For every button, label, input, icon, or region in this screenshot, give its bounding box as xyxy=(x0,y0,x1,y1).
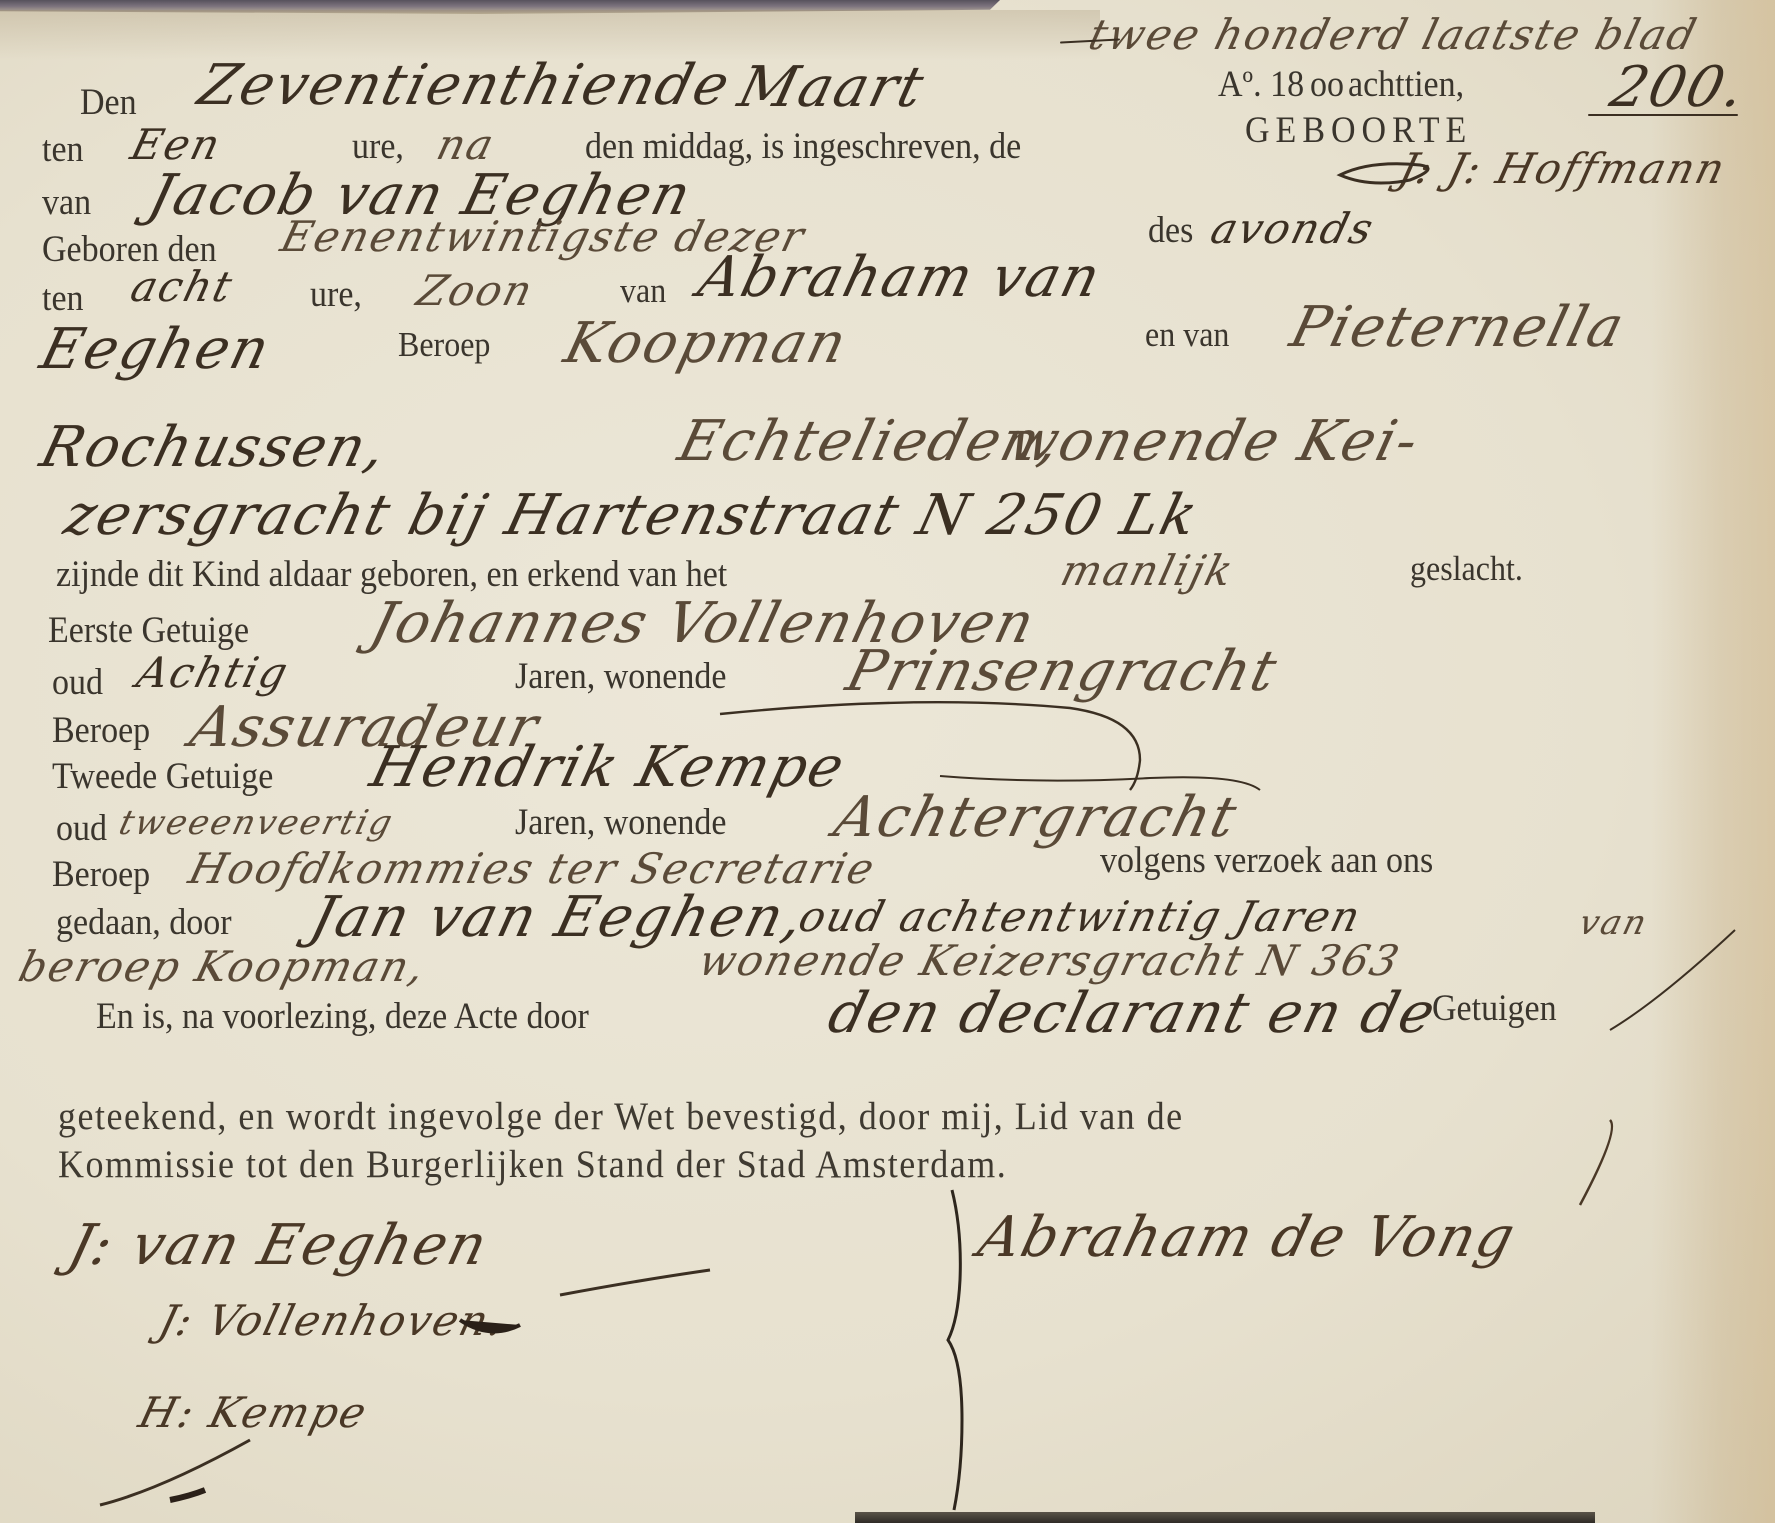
geboorte-underline xyxy=(1588,114,1738,116)
relation-value: Zoon xyxy=(413,270,538,312)
wonende-value: wonende Kei- xyxy=(1003,414,1425,470)
eerste-getuige-label: Eerste Getuige xyxy=(48,613,249,650)
witness2-occupation: Hoofdkommies ter Secretarie xyxy=(185,848,880,890)
year-suffix: achttien, xyxy=(1348,67,1464,104)
den-label: Den xyxy=(80,85,137,122)
witness1-address: Prinsengracht xyxy=(841,644,1283,700)
official-flourish-icon xyxy=(1540,1110,1630,1210)
signature-flourishes-icon xyxy=(20,1200,780,1520)
declarant-address: wonende Keizersgracht N 363 xyxy=(695,940,1405,982)
gedaan-label: gedaan, door xyxy=(56,905,232,942)
father-occupation: Koopman xyxy=(559,316,853,372)
ure-value: na xyxy=(433,124,500,166)
clerk-flourish-icon xyxy=(1330,150,1450,190)
witness1-age: Achtig xyxy=(133,652,294,694)
beroep-label: Beroep xyxy=(398,327,490,362)
geboorte-title: GEBOORTE xyxy=(1245,113,1472,150)
father-name-1: Abraham van xyxy=(693,250,1107,306)
ten-label: ten xyxy=(42,132,84,169)
year-label: Aº. 18 xyxy=(1218,67,1304,104)
register-page: twee honderd laatste blad Aº. 18 oo acht… xyxy=(0,0,1775,1523)
ure2-label: ure, xyxy=(310,277,362,314)
mother-name-2: Rochussen, xyxy=(35,420,393,476)
witness2-name: Hendrik Kempe xyxy=(365,740,851,796)
en-van-label: en van xyxy=(1145,317,1229,352)
ten2-label: ten xyxy=(42,281,84,318)
mother-name-1: Pieternella xyxy=(1285,300,1631,356)
binding-edge-bottom xyxy=(855,1512,1595,1523)
ure-label: ure, xyxy=(352,129,404,166)
oud2-label: oud xyxy=(56,811,107,848)
father-van-label: van xyxy=(620,273,666,308)
day-value: Zeventienthiende xyxy=(193,58,736,114)
des-label: des xyxy=(1148,213,1193,250)
des-value: avonds xyxy=(1207,208,1379,250)
official-bracket-icon xyxy=(940,1190,980,1520)
footer-line-1: geteekend, en wordt ingevolge der Wet be… xyxy=(58,1097,1184,1136)
birth-hour-value: acht xyxy=(127,266,238,308)
getuigen-label: Getuigen xyxy=(1432,991,1557,1028)
month-value: Maart xyxy=(733,60,930,116)
beroep2-label: Beroep xyxy=(52,857,150,894)
beroep1-label: Beroep xyxy=(52,713,150,750)
en-is-text: En is, na voorlezing, deze Acte door xyxy=(96,999,589,1036)
address-value: zersgracht bij Hartenstraat N 250 Lk xyxy=(59,488,1204,544)
tweede-getuige-label: Tweede Getuige xyxy=(52,759,273,796)
zijnde-text: zijnde dit Kind aldaar geboren, en erken… xyxy=(56,557,727,594)
folio-note: twee honderd laatste blad xyxy=(1085,14,1702,56)
signature-official: Abraham de Vong xyxy=(973,1210,1521,1266)
signed-by-value: den declarant en de xyxy=(823,986,1442,1042)
van-label: van xyxy=(42,185,91,222)
father-name-2: Eeghen xyxy=(35,322,276,378)
hour-value: Een xyxy=(127,124,226,166)
entry-number: 200. xyxy=(1605,60,1752,116)
gender-value: manlijk xyxy=(1057,550,1239,592)
witness2-address: Achtergracht xyxy=(829,790,1243,846)
closing-stroke-icon xyxy=(1610,930,1740,1040)
jaren1-label: Jaren, wonende xyxy=(515,659,726,696)
declarant-age: oud achtentwintig Jaren xyxy=(795,896,1366,938)
witness2-age: tweeenveertig xyxy=(116,806,398,840)
declarant-beroep: beroep Koopman, xyxy=(15,946,431,988)
jaren2-label: Jaren, wonende xyxy=(515,805,726,842)
year-digits: oo xyxy=(1310,67,1344,104)
middag-text: den middag, is ingeschreven, de xyxy=(585,129,1021,166)
oud1-label: oud xyxy=(52,665,103,702)
footer-line-2: Kommissie tot den Burgerlijken Stand der… xyxy=(58,1145,1007,1184)
verzoek-text: volgens verzoek aan ons xyxy=(1100,843,1433,880)
geslacht-label: geslacht. xyxy=(1410,551,1523,586)
